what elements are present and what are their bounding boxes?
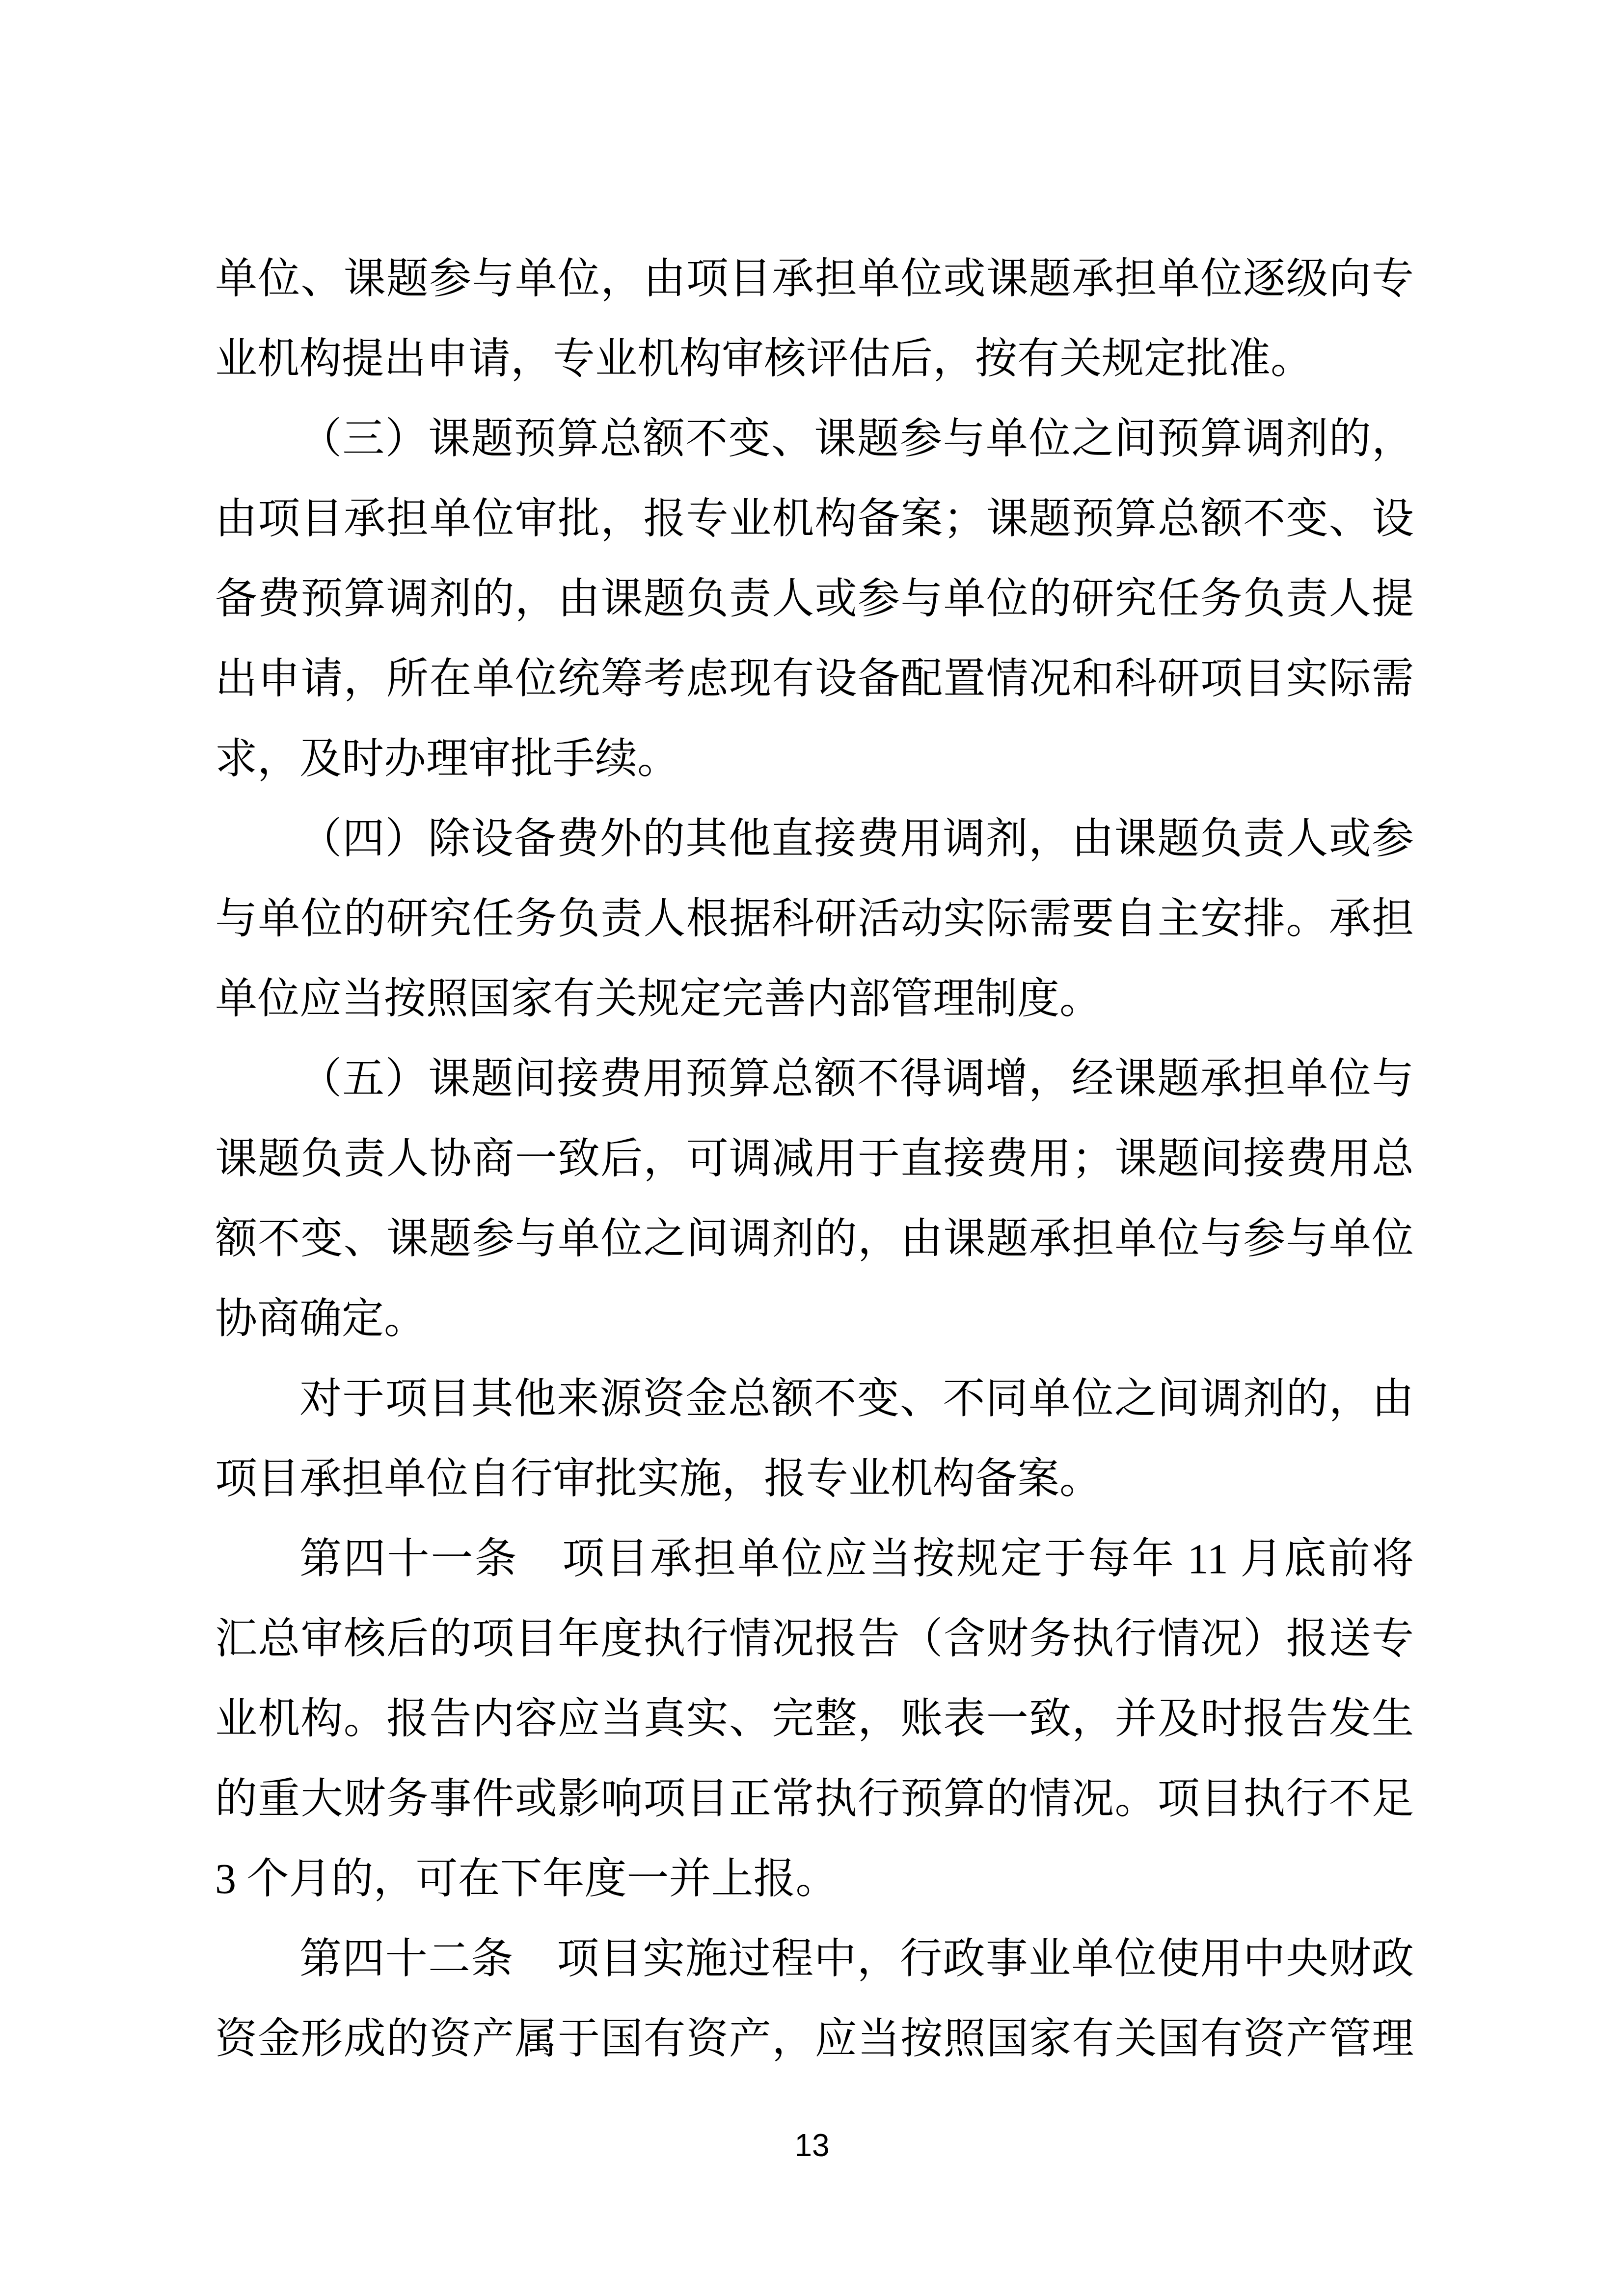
text-line: 求，及时办理审批手续。: [215, 719, 1414, 799]
text-line: 出申请，所在单位统筹考虑现有设备配置情况和科研项目实际需: [215, 639, 1414, 719]
text-line: 业机构提出申请，专业机构审核评估后，按有关规定批准。: [215, 319, 1414, 399]
text-line: 第四十一条 项目承担单位应当按规定于每年 11 月底前将: [215, 1519, 1414, 1599]
text-line: 第四十二条 项目实施过程中，行政事业单位使用中央财政: [215, 1919, 1414, 1999]
text-line: 与单位的研究任务负责人根据科研活动实际需要自主安排。承担: [215, 879, 1414, 959]
text-line: 3 个月的，可在下年度一并上报。: [215, 1839, 1414, 1919]
text-line: 备费预算调剂的，由课题负责人或参与单位的研究任务负责人提: [215, 559, 1414, 639]
text-line: （三）课题预算总额不变、课题参与单位之间预算调剂的，: [215, 399, 1414, 479]
text-line: 项目承担单位自行审批实施，报专业机构备案。: [215, 1439, 1414, 1519]
text-line: （四）除设备费外的其他直接费用调剂，由课题负责人或参: [215, 799, 1414, 879]
text-line: 协商确定。: [215, 1279, 1414, 1359]
text-line: 由项目承担单位审批，报专业机构备案；课题预算总额不变、设: [215, 479, 1414, 559]
text-line: 业机构。报告内容应当真实、完整，账表一致，并及时报告发生: [215, 1679, 1414, 1759]
page-number: 13: [0, 2128, 1624, 2163]
text-line: 单位、课题参与单位，由项目承担单位或课题承担单位逐级向专: [215, 239, 1414, 319]
text-line: 对于项目其他来源资金总额不变、不同单位之间调剂的，由: [215, 1359, 1414, 1439]
text-line: 额不变、课题参与单位之间调剂的，由课题承担单位与参与单位: [215, 1199, 1414, 1279]
text-line: 汇总审核后的项目年度执行情况报告（含财务执行情况）报送专: [215, 1599, 1414, 1679]
text-line: 资金形成的资产属于国有资产，应当按照国家有关国有资产管理: [215, 1999, 1414, 2079]
text-line: 的重大财务事件或影响项目正常执行预算的情况。项目执行不足: [215, 1759, 1414, 1839]
text-line: 课题负责人协商一致后，可调减用于直接费用；课题间接费用总: [215, 1119, 1414, 1199]
text-block: 单位、课题参与单位，由项目承担单位或课题承担单位逐级向专业机构提出申请，专业机构…: [215, 239, 1414, 2079]
text-line: 单位应当按照国家有关规定完善内部管理制度。: [215, 959, 1414, 1039]
document-page: 单位、课题参与单位，由项目承担单位或课题承担单位逐级向专业机构提出申请，专业机构…: [0, 0, 1624, 2296]
text-line: （五）课题间接费用预算总额不得调增，经课题承担单位与: [215, 1039, 1414, 1119]
